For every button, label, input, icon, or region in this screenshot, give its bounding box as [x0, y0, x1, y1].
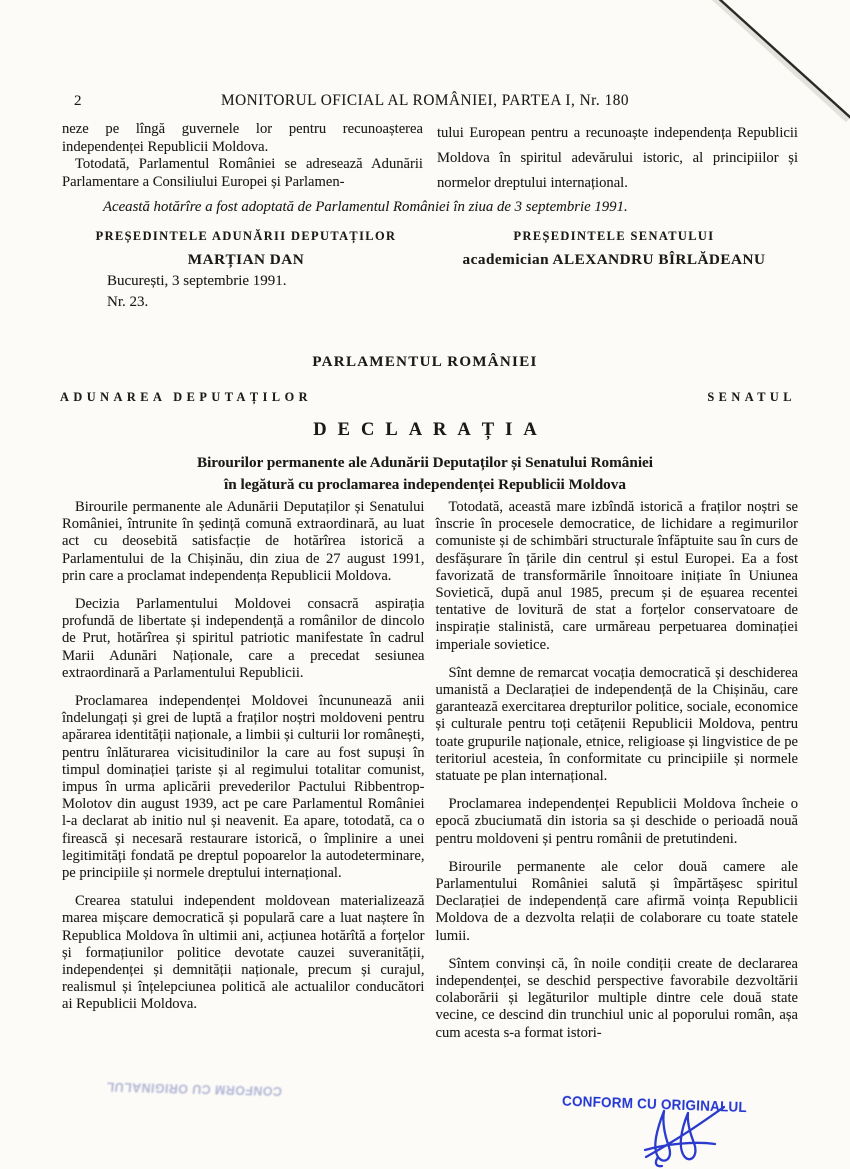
body-paragraph: Decizia Parlamentului Moldovei consacră … — [62, 596, 425, 682]
intro-right-column: tului European pentru a recunoaște indep… — [437, 121, 798, 196]
declaration-subtitle: Birourilor permanente ale Adunării Deput… — [0, 452, 850, 495]
intro-paragraph: neze pe lîngă guvernele lor pentru recun… — [62, 121, 423, 156]
institution-heading: PARLAMENTUL ROMÂNIEI — [0, 354, 850, 371]
declaration-subtitle-line1: Birourilor permanente ale Adunării Deput… — [0, 452, 850, 474]
body-paragraph: Birourile permanente ale Adunării Deputa… — [62, 499, 425, 585]
declaration-subtitle-line2: în legătură cu proclamarea independenței… — [0, 474, 850, 496]
body-paragraph: Proclamarea independenței Republicii Mol… — [436, 796, 799, 848]
signature-right: PREȘEDINTELE SENATULUI academician ALEXA… — [430, 229, 798, 269]
signature-left: PREȘEDINTELE ADUNĂRII DEPUTAȚILOR MARȚIA… — [62, 229, 430, 269]
issue-city-date: București, 3 septembrie 1991. — [107, 271, 287, 292]
signature-left-name: MARȚIAN DAN — [62, 251, 430, 269]
intro-paragraph: tului European pentru a recunoaște indep… — [437, 121, 798, 196]
page-header: 2 MONITORUL OFICIAL AL ROMÂNIEI, PARTEA … — [0, 92, 850, 110]
body-paragraph: Crearea statului independent moldovean m… — [62, 893, 425, 1013]
faint-conform-stamp: CONFORM CU ORIGINALUL — [119, 1080, 282, 1098]
issue-info: București, 3 septembrie 1991. Nr. 23. — [107, 271, 287, 313]
body-left-column: Birourile permanente ale Adunării Deputa… — [62, 499, 425, 1053]
adoption-note: Această hotărîre a fost adoptată de Parl… — [103, 199, 753, 216]
body-paragraph: Totodată, această mare izbîndă istorică … — [436, 499, 799, 654]
body-right-column: Totodată, această mare izbîndă istorică … — [436, 499, 799, 1053]
body-paragraph: Sînt demne de remarcat vocația democrati… — [436, 665, 799, 785]
signature-right-name: academician ALEXANDRU BÎRLĂDEANU — [430, 251, 798, 269]
chambers-row: ADUNAREA DEPUTAȚILOR SENATUL — [60, 390, 796, 405]
issue-number: Nr. 23. — [107, 292, 287, 313]
declaration-body: Birourile permanente ale Adunării Deputa… — [62, 499, 798, 1053]
document-page: 2 MONITORUL OFICIAL AL ROMÂNIEI, PARTEA … — [0, 0, 850, 1169]
chamber-left-label: ADUNAREA DEPUTAȚILOR — [60, 390, 312, 405]
intro-left-column: neze pe lîngă guvernele lor pentru recun… — [62, 121, 423, 196]
body-paragraph: Proclamarea independenței Moldovei încun… — [62, 693, 425, 882]
body-paragraph: Birourile permanente ale celor două came… — [436, 859, 799, 945]
signature-scribble — [612, 1103, 732, 1169]
chamber-right-label: SENATUL — [707, 390, 796, 405]
intro-section: neze pe lîngă guvernele lor pentru recun… — [62, 121, 798, 196]
intro-paragraph: Totodată, Parlamentul României se adrese… — [62, 156, 423, 191]
body-paragraph: Sîntem convinși că, în noile condiții cr… — [436, 956, 799, 1042]
page-number: 2 — [74, 93, 82, 110]
signatures-block: PREȘEDINTELE ADUNĂRII DEPUTAȚILOR MARȚIA… — [62, 229, 798, 269]
declaration-title: DECLARAȚIA — [0, 420, 850, 441]
signature-right-title: PREȘEDINTELE SENATULUI — [430, 229, 798, 244]
header-title: MONITORUL OFICIAL AL ROMÂNIEI, PARTEA I,… — [0, 92, 850, 110]
signature-left-title: PREȘEDINTELE ADUNĂRII DEPUTAȚILOR — [62, 229, 430, 244]
